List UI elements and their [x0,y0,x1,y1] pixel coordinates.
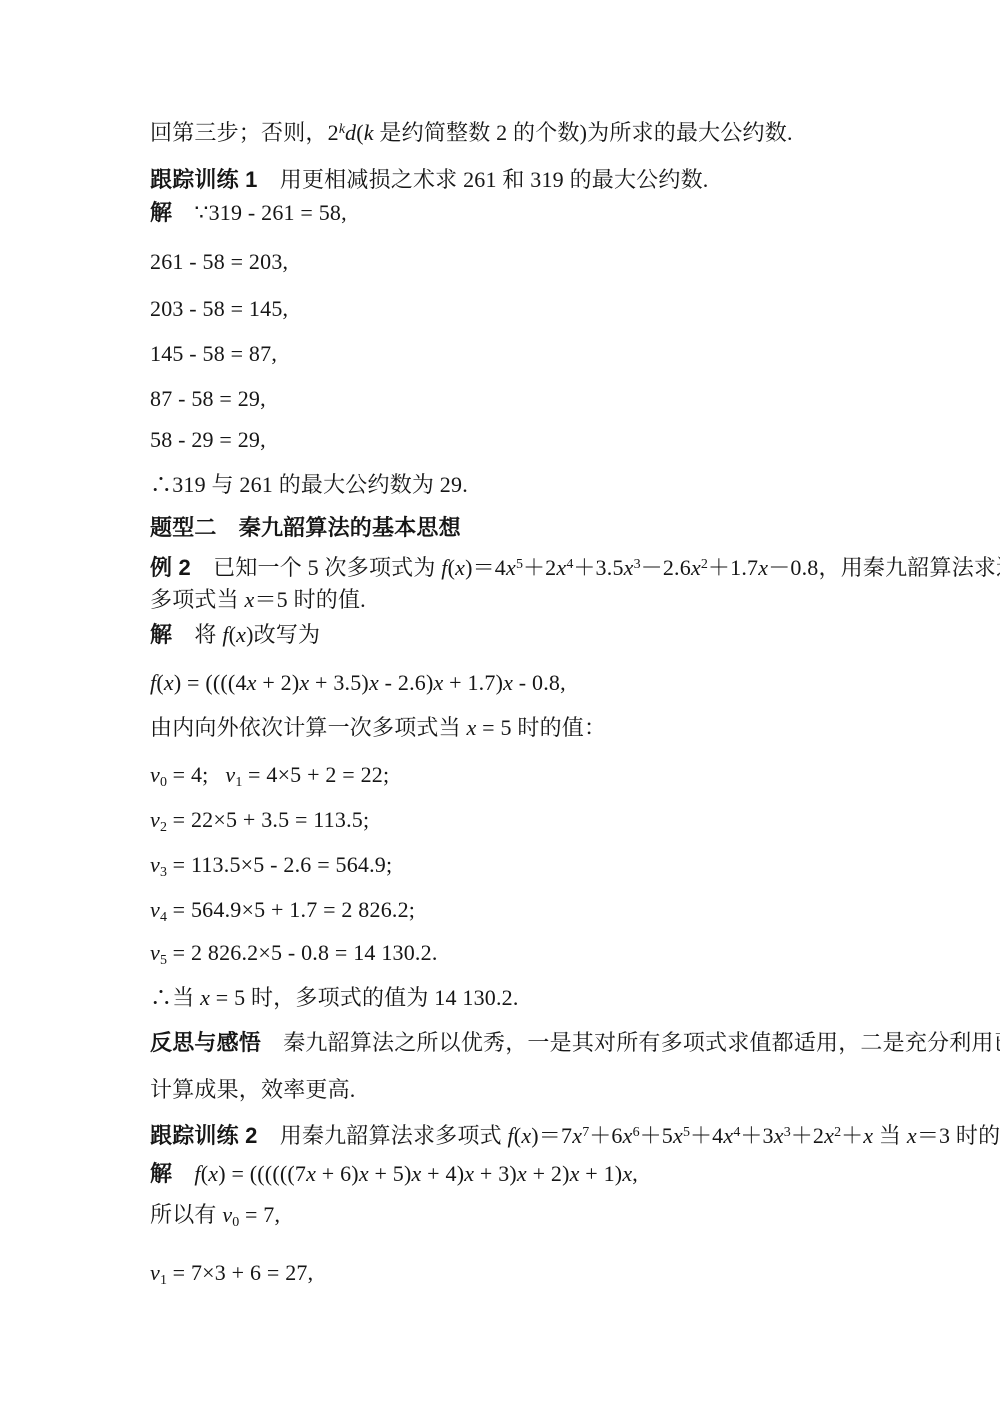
text-run: 2 [834,1125,841,1140]
text-run: 5 [160,953,167,968]
text-run: v [150,897,160,922]
text-run: x [306,1161,316,1186]
text-run: = 4×5 + 2 = 22; [242,762,389,787]
text-run: d [345,120,356,145]
line-followup-training-1: 跟踪训练 1 用更相减损之术求 261 和 319 的最大公约数. [150,165,708,195]
text-run: + 1.7) [443,670,503,695]
text-run: = 7, [239,1202,280,1227]
text-run: ＝5 时的值. [254,587,365,612]
text-run: 5 [516,557,523,572]
text-run: 261 - 58 = 203, [150,249,288,274]
text-run: 跟踪训练 1 [150,167,258,192]
text-run: ( [356,120,364,145]
text-run: , [632,1161,638,1186]
line-solution-1-step-1: 解 ∵319 - 261 = 58, [150,198,347,228]
text-run: + 3) [474,1161,517,1186]
text-run: v [150,762,160,787]
text-run: x [623,1123,633,1148]
text-run: 解 [150,200,172,225]
text-run: x [412,1161,422,1186]
line-reflection-1: 反思与感悟 秦九韶算法之所以优秀，一是其对所有多项式求值都适用，二是充分利用已有 [150,1028,1000,1058]
line-solution-2-intro: 解 将 f(x)改写为 [150,620,320,650]
text-run: 计算成果，效率更高. [150,1077,356,1102]
text-run: x [774,1123,784,1148]
text-run: - 2.6) [379,670,434,695]
text-run: 1 [160,1273,167,1288]
text-run: ∴319 与 261 的最大公约数为 29. [150,472,468,497]
text-run: ( [156,670,164,695]
text-run: = 113.5×5 - 2.6 = 564.9; [167,852,392,877]
text-run: x [691,555,701,580]
line-example-2-statement-2: 多项式当 x＝5 时的值. [150,585,366,615]
text-run: ＋3.5 [573,555,623,580]
text-run: = 5 时的值： [476,715,606,740]
text-run: x [369,670,379,695]
text-run: 0 [160,775,167,790]
text-run: 跟踪训练 2 [150,1123,258,1148]
text-run: ) = ((((((7 [218,1161,306,1186]
text-run: x [464,1161,474,1186]
text-run: 回第三步；否则，2 [150,120,339,145]
text-run: x [236,622,246,647]
text-run: k [364,120,374,145]
text-run: 秦九韶算法之所以优秀，一是其对所有多项式求值都适用，二是充分利用已有 [261,1030,1000,1055]
text-run: ＋3 [740,1123,773,1148]
text-run: 3 [634,557,641,572]
text-run: 反思与感悟 [150,1030,261,1055]
line-v5: v5 = 2 826.2×5 - 0.8 = 14 130.2. [150,938,438,976]
text-run: v [225,762,235,787]
text-run: 解 [150,1161,172,1186]
line-v3: v3 = 113.5×5 - 2.6 = 564.9; [150,850,392,888]
line-solution-1-step-6: 58 - 29 = 29, [150,425,266,455]
text-run: x [247,670,257,695]
text-run: x [572,1123,582,1148]
line-solution-2-rewritten: f(x) = ((((4x + 2)x + 3.5)x - 2.6)x + 1.… [150,668,566,698]
text-run: 3 [784,1125,791,1140]
text-run: x [245,587,255,612]
line-solution-2-compute-intro: 由内向外依次计算一次多项式当 x = 5 时的值： [150,713,606,743]
text-run: ＋2 [791,1123,824,1148]
line-v1-training-2: v1 = 7×3 + 6 = 27, [150,1258,313,1296]
text-run: v [222,1202,232,1227]
text-run: x [503,670,513,695]
line-solution-1-step-5: 87 - 58 = 29, [150,384,266,414]
text-run: ) = ((((4 [174,670,247,695]
text-run: v [150,807,160,832]
text-run: ∵319 - 261 = 58, [172,200,347,225]
text-run: v [150,1260,160,1285]
line-v2: v2 = 22×5 + 3.5 = 113.5; [150,805,369,843]
text-run: = 7×3 + 6 = 27, [167,1260,313,1285]
text-run: + 3.5) [309,670,369,695]
text-run: v [150,852,160,877]
text-run: + 4) [421,1161,464,1186]
line-solution-1-step-3: 203 - 58 = 145, [150,294,288,324]
text-run: 例 2 [150,555,191,580]
text-run: x [824,1123,834,1148]
text-run: ＋4 [690,1123,723,1148]
text-run: x [200,985,210,1010]
text-run: 58 - 29 = 29, [150,427,266,452]
text-run: 当 [873,1123,907,1148]
line-therefore-v0: 所以有 v0 = 7, [150,1200,280,1238]
text-run: 已知一个 5 次多项式为 [191,555,441,580]
text-run: ＋2 [523,555,556,580]
text-run: = 22×5 + 3.5 = 113.5; [167,807,369,832]
text-run: 用更相减损之术求 261 和 319 的最大公约数. [258,167,709,192]
text-run: = 2 826.2×5 - 0.8 = 14 130.2. [167,940,438,965]
text-run: x [622,1161,632,1186]
text-run: －2.6 [641,555,691,580]
text-run: 用秦九韶算法求多项式 [258,1123,508,1148]
line-solution-1-conclusion: ∴319 与 261 的最大公约数为 29. [150,470,468,500]
text-run: 解 [150,622,172,647]
line-example-2-statement-1: 例 2 已知一个 5 次多项式为 f(x)＝4x5＋2x4＋3.5x3－2.6x… [150,550,1000,583]
text-run: x [521,1123,531,1148]
text-run: + 2) [527,1161,570,1186]
text-run: x [359,1161,369,1186]
document-page: 回第三步；否则，2kd(k 是约简整数 2 的个数)为所求的最大公约数.跟踪训练… [0,0,1000,1414]
text-run: = 5 时，多项式的值为 14 130.2. [210,985,519,1010]
text-run: v [150,940,160,965]
text-run [172,1161,194,1186]
text-run: x [907,1123,917,1148]
text-run: 5 [683,1125,690,1140]
text-run: x [758,555,768,580]
line-reflection-2: 计算成果，效率更高. [150,1075,356,1105]
text-run: ＋1.7 [708,555,758,580]
text-run: 145 - 58 = 87, [150,341,277,366]
text-run: x [570,1161,580,1186]
text-run: ＋6 [589,1123,622,1148]
text-run: + 5) [369,1161,412,1186]
text-run: )＝7 [531,1123,572,1148]
text-run: + 6) [316,1161,359,1186]
line-solution-1-step-4: 145 - 58 = 87, [150,339,277,369]
text-run: x [299,670,309,695]
line-solution-2-conclusion: ∴当 x = 5 时，多项式的值为 14 130.2. [150,983,519,1013]
text-run: 4 [160,910,167,925]
text-run: x [723,1123,733,1148]
line-v0-v1: v0 = 4; v1 = 4×5 + 2 = 22; [150,760,389,798]
text-run: + 1) [580,1161,623,1186]
line-solution-1-step-2: 261 - 58 = 203, [150,247,288,277]
text-run: x [556,555,566,580]
text-run: x [467,715,477,740]
text-run: )＝4 [465,555,506,580]
text-run: = 564.9×5 + 1.7 = 2 826.2; [167,897,415,922]
line-v4: v4 = 564.9×5 + 1.7 = 2 826.2; [150,895,415,933]
text-run: －0.8，用秦九韶算法求这个 [768,555,1000,580]
text-run: x [208,1161,218,1186]
text-run: 是约简整数 2 的个数)为所求的最大公约数. [374,120,793,145]
text-run: 6 [633,1125,640,1140]
text-run: 3 [160,865,167,880]
line-topic-2-heading: 题型二 秦九韶算法的基本思想 [150,513,461,543]
text-run: ＋5 [640,1123,673,1148]
text-run: = 4; [167,762,225,787]
line-solution-3-rewritten: 解 f(x) = ((((((7x + 6)x + 5)x + 4)x + 3)… [150,1159,638,1189]
text-run: x [517,1161,527,1186]
text-run: + 2) [257,670,300,695]
text-run: 由内向外依次计算一次多项式当 [150,715,467,740]
text-run: x [455,555,465,580]
line-followup-training-2: 跟踪训练 2 用秦九韶算法求多项式 f(x)＝7x7＋6x6＋5x5＋4x4＋3… [150,1118,1000,1151]
text-run: - 0.8, [513,670,566,695]
text-run: x [624,555,634,580]
text-run: 203 - 58 = 145, [150,296,288,321]
text-run: 多项式当 [150,587,245,612]
text-run: ∴当 [150,985,200,1010]
line-euclid-step-conclusion: 回第三步；否则，2kd(k 是约简整数 2 的个数)为所求的最大公约数. [150,115,793,148]
text-run: 2 [160,820,167,835]
text-run: x [434,670,444,695]
text-run: x [863,1123,873,1148]
text-run: )改写为 [246,622,320,647]
text-run: 题型二 秦九韶算法的基本思想 [150,515,461,540]
text-run: x [673,1123,683,1148]
text-run: 将 [172,622,222,647]
text-run: ＋ [841,1123,863,1148]
text-run: ( [448,555,456,580]
text-run: x [164,670,174,695]
text-run: x [506,555,516,580]
text-run: 87 - 58 = 29, [150,386,266,411]
text-run: 2 [701,557,708,572]
text-run: ＝3 时的值. [917,1123,1000,1148]
text-run: 所以有 [150,1202,222,1227]
